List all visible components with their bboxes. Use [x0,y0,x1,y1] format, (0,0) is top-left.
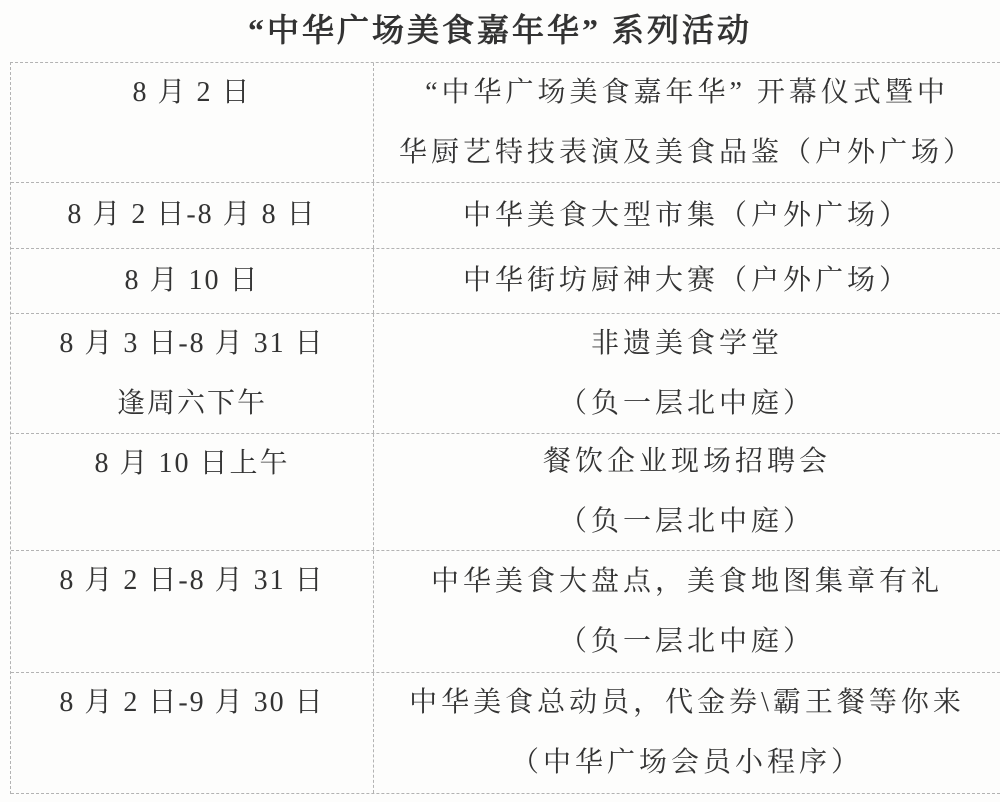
event-text: 非遗美食学堂 [591,314,783,374]
event-text: （负一层北中庭） [559,612,815,672]
event-text: （中华广场会员小程序） [511,733,863,793]
event-text: 华厨艺特技表演及美食品鉴（户外广场） [399,123,975,183]
event-cell: 非遗美食学堂 （负一层北中庭） [374,314,1000,433]
event-text: （负一层北中庭） [559,492,815,552]
event-text: 中华美食大盘点，美食地图集章有礼 [431,552,943,612]
date-text: 8 月 2 日-8 月 8 日 [67,183,316,247]
event-cell: 中华美食总动员，代金券\霸王餐等你来 （中华广场会员小程序） [374,673,1000,793]
date-text: 8 月 2 日 [132,63,251,123]
date-cell: 8 月 2 日-9 月 30 日 [11,673,374,793]
date-text: 8 月 2 日-9 月 30 日 [59,673,324,733]
document-page: “中华广场美食嘉年华” 系列活动 8 月 2 日 “中华广场美食嘉年华” 开幕仪… [0,0,1000,802]
event-cell: 中华街坊厨神大赛（户外广场） [374,249,1000,313]
event-cell: 中华美食大型市集（户外广场） [374,183,1000,248]
date-cell: 8 月 10 日 [11,249,374,313]
date-text: 8 月 10 日上午 [94,434,289,494]
event-text: （负一层北中庭） [559,374,815,434]
table-row: 8 月 2 日 “中华广场美食嘉年华” 开幕仪式暨中 华厨艺特技表演及美食品鉴（… [11,63,1000,183]
date-text: 逢周六下午 [117,374,267,434]
table-row: 8 月 2 日-8 月 8 日 中华美食大型市集（户外广场） [11,183,1000,249]
activity-schedule-table: 8 月 2 日 “中华广场美食嘉年华” 开幕仪式暨中 华厨艺特技表演及美食品鉴（… [10,62,1000,794]
table-row: 8 月 10 日上午 餐饮企业现场招聘会 （负一层北中庭） [11,434,1000,551]
event-text: 中华街坊厨神大赛（户外广场） [463,249,911,313]
table-row: 8 月 2 日-9 月 30 日 中华美食总动员，代金券\霸王餐等你来 （中华广… [11,673,1000,794]
date-text: 8 月 3 日-8 月 31 日 [59,314,324,374]
table-row: 8 月 3 日-8 月 31 日 逢周六下午 非遗美食学堂 （负一层北中庭） [11,314,1000,434]
event-text: “中华广场美食嘉年华” 开幕仪式暨中 [425,63,949,123]
date-cell: 8 月 10 日上午 [11,434,374,550]
date-cell: 8 月 2 日-8 月 8 日 [11,183,374,248]
event-cell: 中华美食大盘点，美食地图集章有礼 （负一层北中庭） [374,551,1000,672]
date-text: 8 月 10 日 [124,249,259,313]
date-cell: 8 月 2 日 [11,63,374,182]
event-cell: “中华广场美食嘉年华” 开幕仪式暨中 华厨艺特技表演及美食品鉴（户外广场） [374,63,1000,182]
date-text: 8 月 2 日-8 月 31 日 [59,551,324,611]
event-cell: 餐饮企业现场招聘会 （负一层北中庭） [374,434,1000,550]
table-row: 8 月 10 日 中华街坊厨神大赛（户外广场） [11,249,1000,314]
event-text: 中华美食总动员，代金券\霸王餐等你来 [409,673,965,733]
event-text: 中华美食大型市集（户外广场） [463,184,911,248]
page-title: “中华广场美食嘉年华” 系列活动 [0,5,1000,51]
date-cell: 8 月 2 日-8 月 31 日 [11,551,374,672]
event-text: 餐饮企业现场招聘会 [543,432,831,492]
date-cell: 8 月 3 日-8 月 31 日 逢周六下午 [11,314,374,433]
table-row: 8 月 2 日-8 月 31 日 中华美食大盘点，美食地图集章有礼 （负一层北中… [11,551,1000,673]
